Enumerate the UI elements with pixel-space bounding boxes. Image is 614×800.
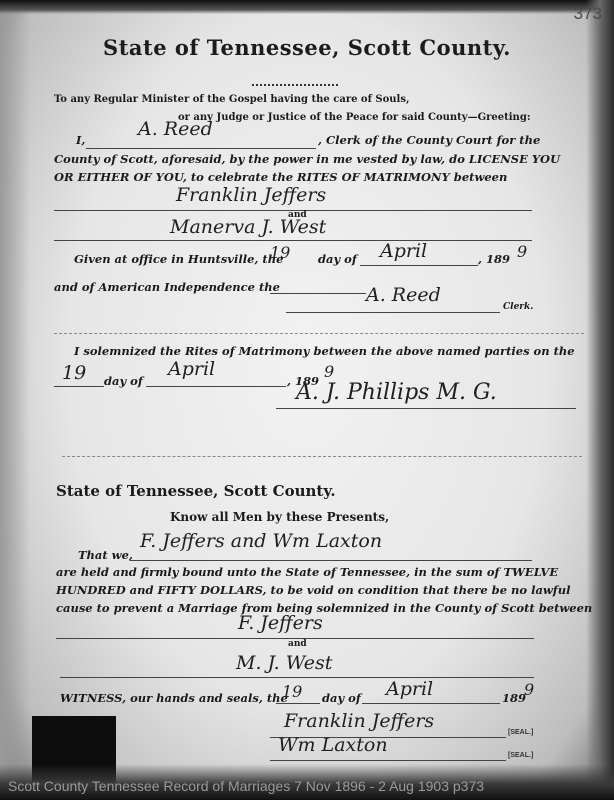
clerk-name-line	[86, 148, 316, 149]
parties-line	[130, 560, 532, 561]
license-title: State of Tennessee, Scott County.	[0, 35, 614, 60]
given-year-prefix: , 189	[478, 252, 510, 266]
bond-groom: F. Jeffers	[238, 612, 323, 634]
seal-label-2: [SEAL.]	[508, 752, 533, 759]
bond-body-line-3: cause to prevent a Marriage from being s…	[56, 601, 592, 615]
given-day-of-label: day of	[318, 252, 357, 266]
bond-subtitle: Know all Men by these Presents,	[170, 510, 389, 524]
solemn-day: 19	[62, 362, 86, 384]
solemnization-text: I solemnized the Rites of Matrimony betw…	[74, 344, 575, 358]
solemn-month-line	[146, 386, 286, 387]
witness-year-prefix: 189	[502, 691, 526, 705]
solemn-year-digit: 9	[324, 362, 334, 381]
solemn-month: April	[168, 358, 215, 380]
bond-body-line-2: HUNDRED and FIFTY DOLLARS, to be void on…	[56, 583, 570, 597]
given-year-digit: 9	[517, 242, 527, 261]
seal-label-1: [SEAL.]	[508, 729, 533, 736]
groom-name: Franklin Jeffers	[176, 184, 326, 206]
clerk-name: A. Reed	[138, 118, 213, 140]
that-we-label: That we,	[78, 548, 133, 562]
address-line-2: or any Judge or Justice of the Peace for…	[178, 112, 531, 123]
section-divider-1	[54, 333, 584, 334]
scan-edge-right	[586, 0, 614, 800]
witness-prefix: WITNESS, our hands and seals, the	[60, 691, 288, 705]
given-prefix: Given at office in Huntsville, the	[74, 252, 283, 266]
bride-name: Manerva J. West	[170, 216, 326, 238]
witness-day: 19	[282, 682, 302, 701]
clerk-prefix: I,	[76, 133, 85, 147]
clerk-signature-line	[286, 312, 500, 313]
marriage-record-page: 373 State of Tennessee, Scott County. To…	[0, 0, 614, 800]
bond-bride-line	[60, 677, 534, 678]
independence-line	[270, 293, 366, 294]
signature-franklin-jeffers: Franklin Jeffers	[284, 710, 434, 732]
scan-edge-top	[0, 0, 614, 14]
bond-bride: M. J. West	[236, 652, 332, 674]
signature2-line	[270, 760, 506, 761]
given-day: 19	[270, 243, 290, 262]
clerk-label: Clerk.	[503, 302, 533, 312]
title-ornament	[252, 80, 338, 86]
license-body-line-2: County of Scott, aforesaid, by the power…	[54, 152, 560, 166]
solemn-day-of-label: day of	[104, 374, 143, 388]
signature-wm-laxton: Wm Laxton	[278, 734, 388, 756]
bride-line	[54, 240, 532, 241]
bond-parties: F. Jeffers and Wm Laxton	[140, 530, 382, 552]
bond-and-label: and	[288, 639, 307, 649]
footer-caption: Scott County Tennessee Record of Marriag…	[8, 778, 484, 794]
license-body-line-3: OR EITHER OF YOU, to celebrate the RITES…	[54, 170, 507, 184]
page-number: 373	[574, 4, 602, 24]
independence-label: and of American Independence the	[54, 280, 280, 294]
section-divider-2	[62, 456, 582, 457]
bond-title: State of Tennessee, Scott County.	[56, 482, 336, 500]
witness-month: April	[386, 678, 433, 700]
officiant-line	[276, 408, 576, 409]
address-line-1: To any Regular Minister of the Gospel ha…	[54, 94, 409, 105]
witness-day-of-label: day of	[322, 691, 361, 705]
scan-edge-left	[0, 0, 30, 800]
witness-day-line	[276, 703, 320, 704]
solemn-day-line	[54, 386, 104, 387]
given-month: April	[380, 240, 427, 262]
clerk-suffix: , Clerk of the County Court for the	[318, 133, 540, 147]
bond-body-line-1: are held and firmly bound unto the State…	[56, 565, 558, 579]
given-month-line	[360, 265, 478, 266]
witness-month-line	[362, 703, 500, 704]
clerk-signature: A. Reed	[366, 284, 441, 306]
witness-year-digit: 9	[524, 680, 534, 699]
officiant-signature: A. J. Phillips M. G.	[296, 380, 497, 405]
